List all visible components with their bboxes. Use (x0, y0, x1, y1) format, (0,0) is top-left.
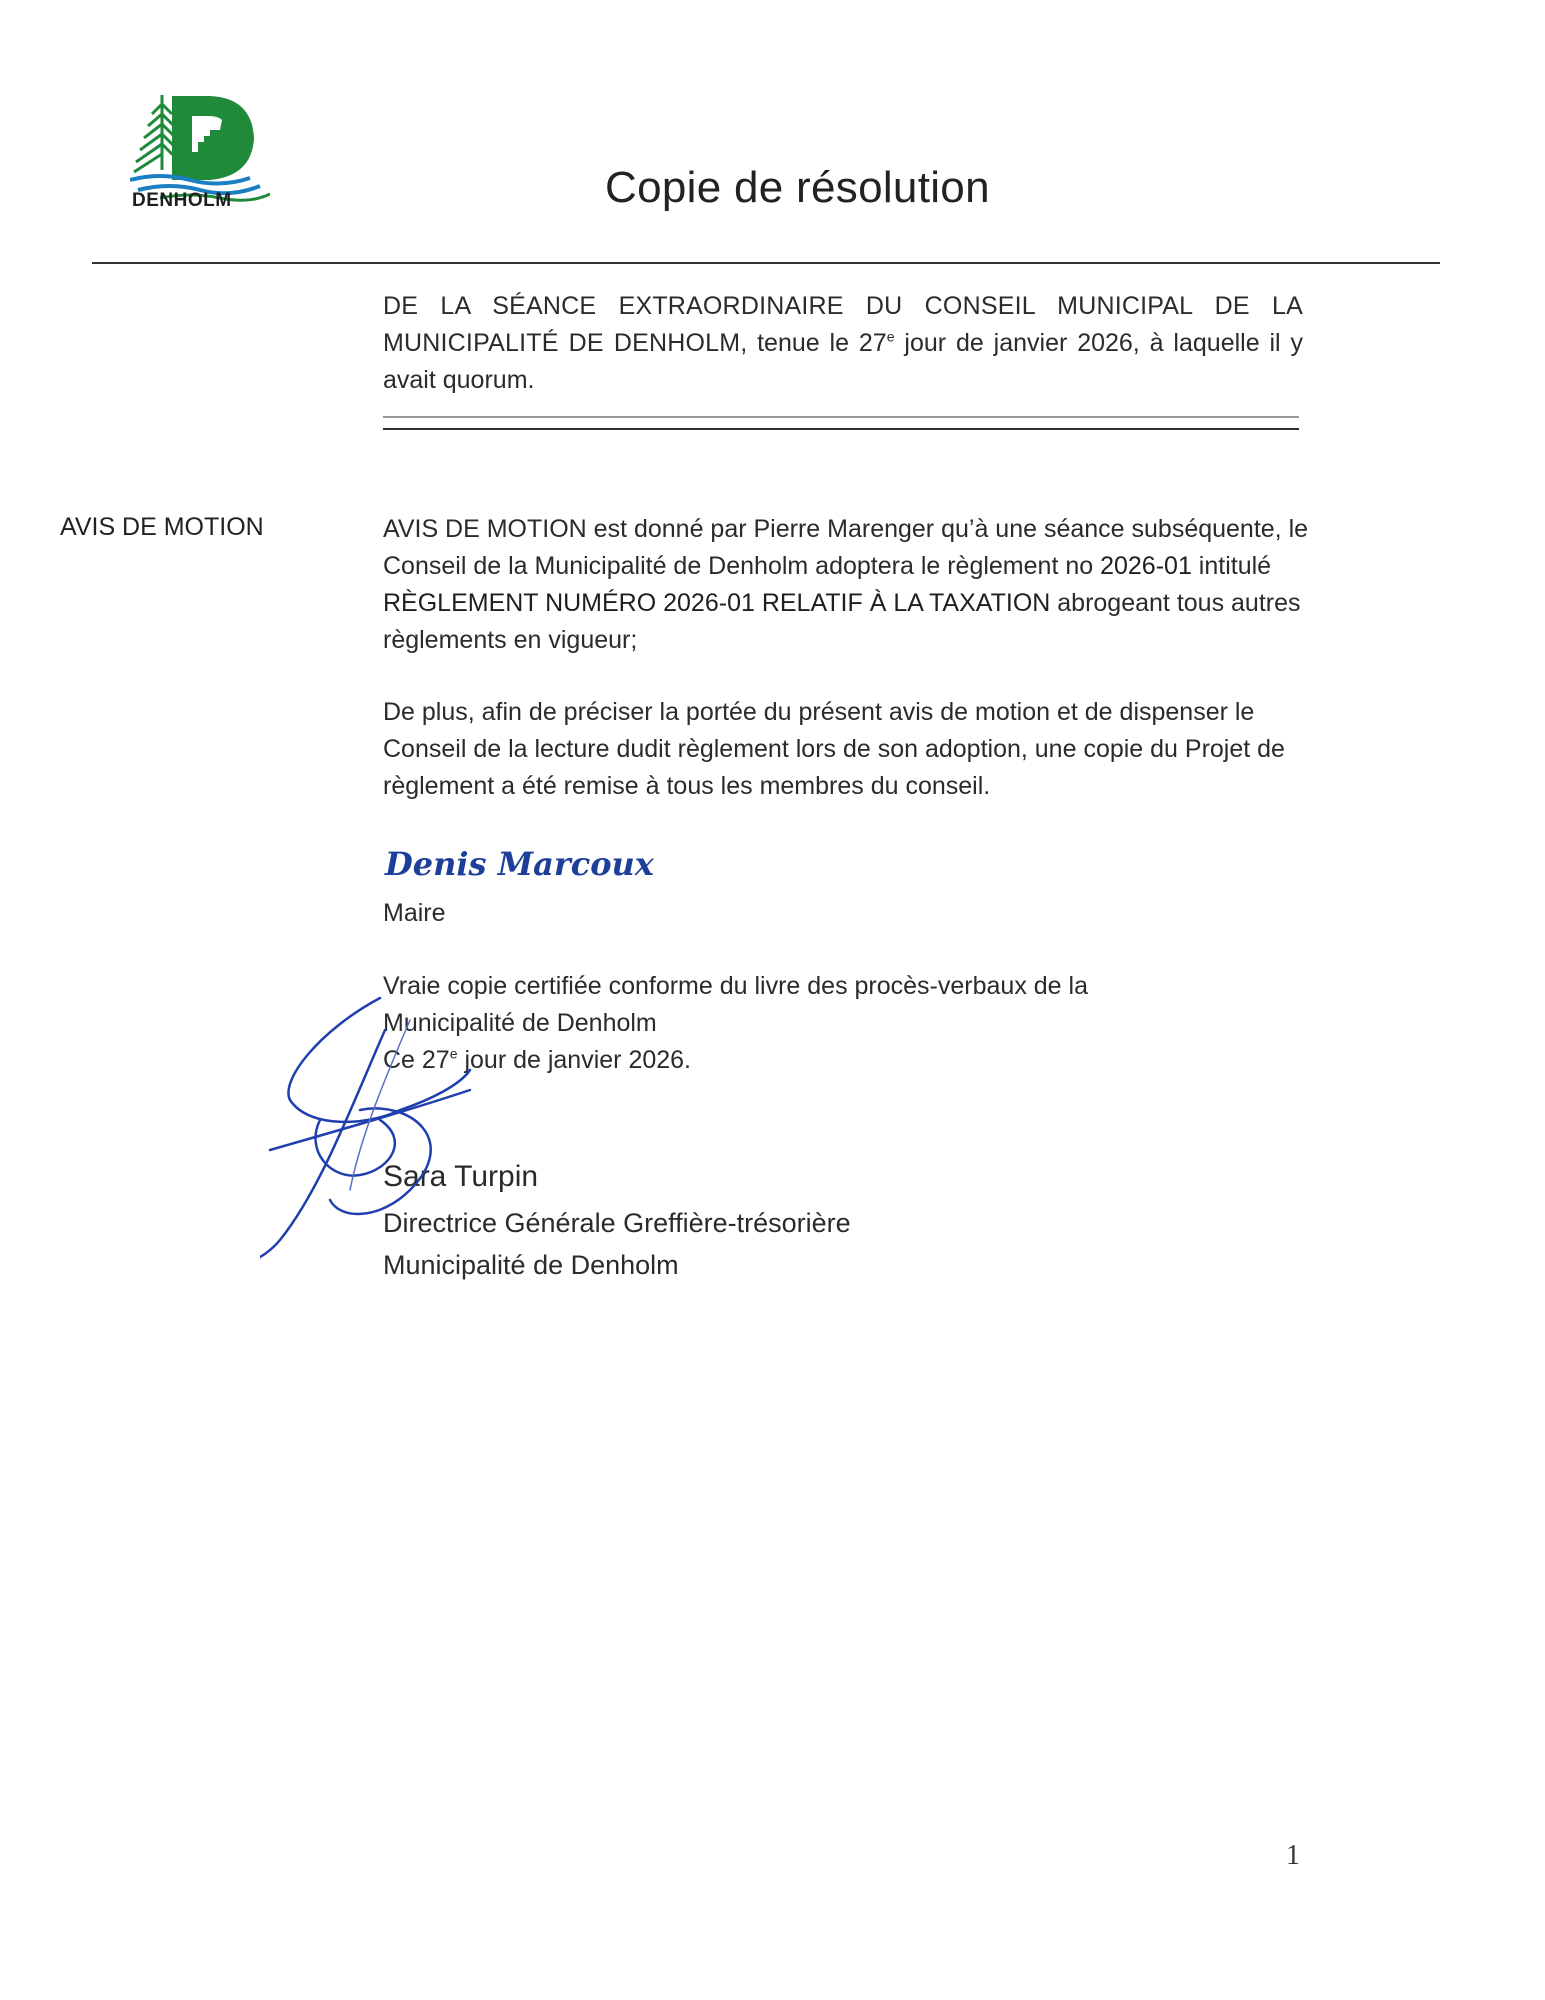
cert-line-3b: jour de janvier 2026. (458, 1046, 691, 1074)
cert-line-2: Municipalité de Denholm (383, 1005, 1283, 1042)
certification-block: Vraie copie certifiée conforme du livre … (383, 968, 1283, 1079)
seance-paragraph: DE LA SÉANCE EXTRAORDINAIRE DU CONSEIL M… (383, 288, 1303, 399)
cert-line-1: Vraie copie certifiée conforme du livre … (383, 968, 1283, 1005)
section-divider-thick (383, 428, 1299, 430)
clerk-organization: Municipalité de Denholm (383, 1244, 851, 1286)
clerk-title-block: Directrice Générale Greffière-trésorière… (383, 1202, 851, 1286)
cert-sup: e (450, 1046, 458, 1062)
seance-sup: e (887, 329, 895, 345)
bylaw-number: 2026-01 (1100, 552, 1192, 580)
seance-text-a: , tenue le 27 (740, 329, 886, 357)
section-label: AVIS DE MOTION (60, 513, 264, 542)
section-divider-thin (383, 416, 1299, 418)
cert-line-3: Ce 27e jour de janvier 2026. (383, 1042, 1283, 1079)
clerk-title: Directrice Générale Greffière-trésorière (383, 1202, 851, 1244)
page-title: Copie de résolution (605, 163, 990, 213)
mayor-signature: Denis Marcoux (385, 845, 654, 883)
bylaw-title: RÈGLEMENT NUMÉRO 2026-01 RELATIF À LA TA… (383, 589, 1050, 617)
motion-paragraph-1: AVIS DE MOTION est donné par Pierre Mare… (383, 511, 1313, 659)
motion-paragraph-2: De plus, afin de préciser la portée du p… (383, 694, 1313, 805)
clerk-name: Sara Turpin (383, 1158, 538, 1195)
cert-line-3a: Ce 27 (383, 1046, 450, 1074)
mayor-title: Maire (383, 895, 446, 932)
header-divider (92, 262, 1440, 264)
page-number: 1 (1286, 1840, 1300, 1872)
motion-text-2: intitulé (1192, 552, 1271, 580)
logo-text: DENHOLM (132, 190, 232, 212)
